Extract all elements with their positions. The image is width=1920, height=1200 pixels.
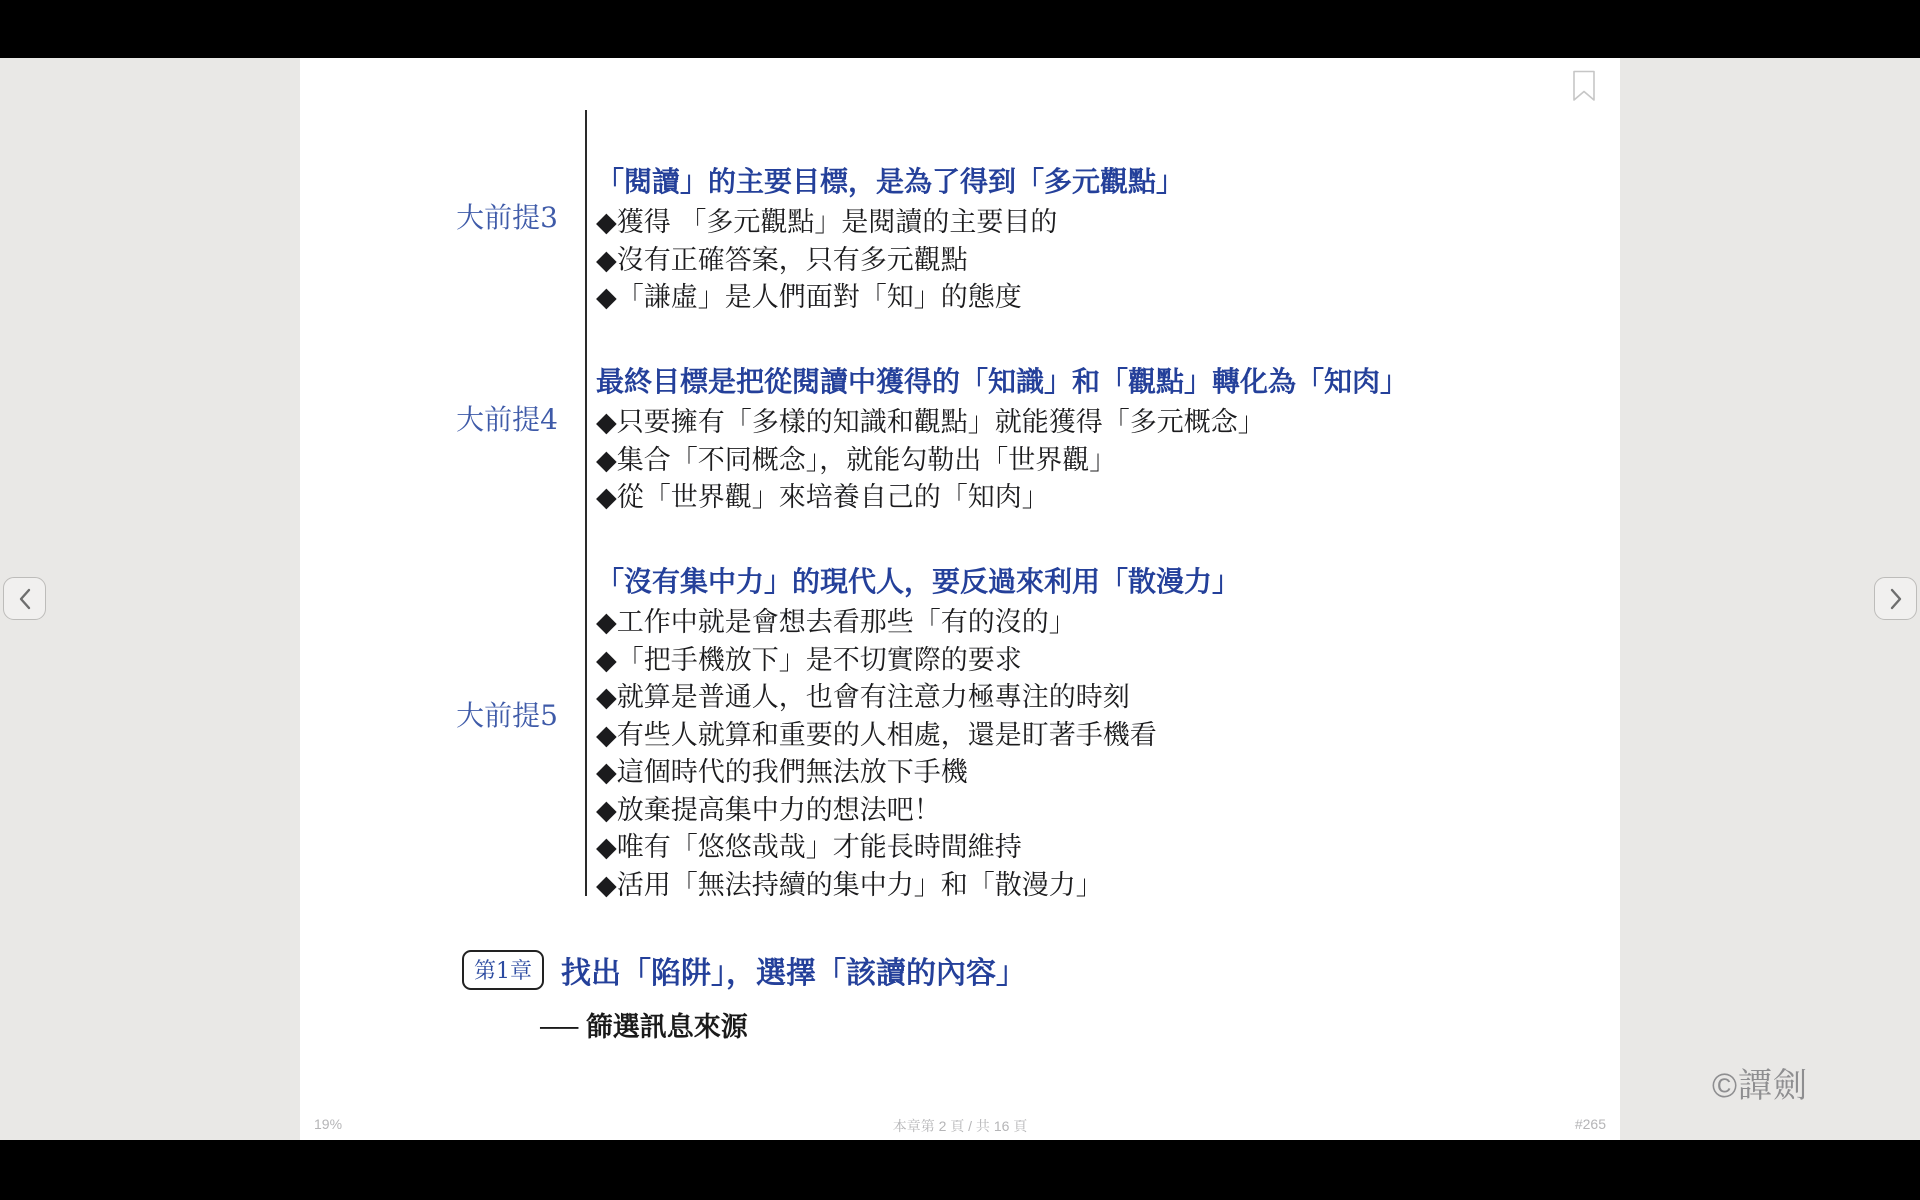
chapter-badge: 第1章 [462,950,544,990]
section-premise-3: 「閱讀」的主要目標，是為了得到「多元觀點」 ◆獲得 「多元觀點」是閱讀的主要目的… [596,160,1596,317]
bullet-item: ◆這個時代的我們無法放下手機 [596,754,1596,792]
bullet-item: ◆放棄提高集中力的想法吧！ [596,792,1596,830]
bullet-item: ◆有些人就算和重要的人相處，還是盯著手機看 [596,717,1596,755]
chapter-title: 找出「陷阱」，選擇「該讀的內容」 [561,948,1026,992]
next-page-button[interactable] [1874,577,1917,620]
chevron-right-icon [1888,588,1904,610]
section-heading: 最終目標是把從閱讀中獲得的「知識」和「觀點」轉化為「知肉」 [596,360,1596,404]
location-number: #265 [1575,1116,1606,1132]
bullet-item: ◆集合「不同概念」，就能勾勒出「世界觀」 [596,442,1596,480]
letterbox-top [0,0,1920,58]
book-page: 大前提3 大前提4 大前提5 「閱讀」的主要目標，是為了得到「多元觀點」 ◆獲得… [300,58,1620,1140]
chapter-subtitle: ── 篩選訊息來源 [540,1005,748,1044]
section-premise-4: 最終目標是把從閱讀中獲得的「知識」和「觀點」轉化為「知肉」 ◆只要擁有「多樣的知… [596,360,1596,517]
chevron-left-icon [17,588,33,610]
reader-background: ©譚劍 大前提3 大前提4 大前提5 「閱讀」的主要目標，是為了得到「多元觀點」… [0,58,1920,1140]
bullet-item: ◆沒有正確答案，只有多元觀點 [596,242,1596,280]
section-heading: 「沒有集中力」的現代人，要反過來利用「散漫力」 [596,560,1596,604]
copyright-watermark: ©譚劍 [1712,1058,1920,1107]
letterbox-bottom [0,1140,1920,1200]
bullet-item: ◆只要擁有「多樣的知識和觀點」就能獲得「多元概念」 [596,404,1596,442]
bullet-item: ◆從「世界觀」來培養自己的「知肉」 [596,479,1596,517]
section-heading: 「閱讀」的主要目標，是為了得到「多元觀點」 [596,160,1596,204]
bullet-item: ◆「謙虛」是人們面對「知」的態度 [596,279,1596,317]
bullet-item: ◆「把手機放下」是不切實際的要求 [596,642,1596,680]
chapter-heading-row: 第1章 找出「陷阱」，選擇「該讀的內容」 [462,948,1026,992]
bullet-item: ◆活用「無法持續的集中力」和「散漫力」 [596,867,1596,905]
section-divider-line [585,110,587,896]
premise-label-4: 大前提4 [300,398,558,438]
page-indicator: 本章第 2 頁 / 共 16 頁 [300,1116,1620,1136]
premise-label-5: 大前提5 [300,694,558,734]
premise-label-3: 大前提3 [300,196,558,236]
bullet-item: ◆唯有「悠悠哉哉」才能長時間維持 [596,829,1596,867]
bullet-item: ◆就算是普通人，也會有注意力極專注的時刻 [596,679,1596,717]
bullet-item: ◆工作中就是會想去看那些「有的沒的」 [596,604,1596,642]
prev-page-button[interactable] [3,577,46,620]
section-premise-5: 「沒有集中力」的現代人，要反過來利用「散漫力」 ◆工作中就是會想去看那些「有的沒… [596,560,1596,904]
bullet-item: ◆獲得 「多元觀點」是閱讀的主要目的 [596,204,1596,242]
bookmark-icon[interactable] [1572,70,1596,102]
